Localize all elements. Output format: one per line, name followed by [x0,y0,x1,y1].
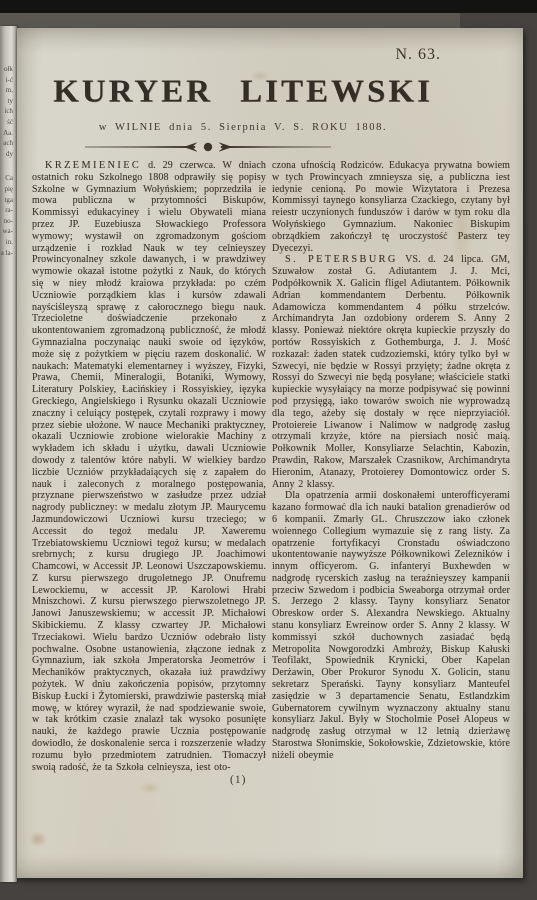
paper-stain [25,828,51,850]
paragraph-lead: S. PETERSBURG [285,254,398,265]
edge-text-fragment: tga [0,195,13,206]
edge-text-fragment: in. [0,237,13,248]
column-right: czona ufnością Rodziców. Edukacya prywat… [272,160,510,773]
edge-text-fragment: i-ć [0,75,13,86]
edge-text-fragment: ra- [0,205,13,216]
edge-text-fragment: Aa. [0,128,13,139]
paragraph-text: d. 29 czerwca. W dniach ostatnich roku S… [32,160,266,773]
paragraph-armia: Dla opatrzenia armii doskonałemi unterof… [272,490,510,761]
edge-text-fragment: dy [0,149,13,160]
paragraph-text: Dla opatrzenia armii doskonałemi unterof… [272,490,510,761]
article-columns: KRZEMIENIEC d. 29 czerwca. W dniach osta… [32,160,510,773]
paragraph-krzemieniec: KRZEMIENIEC d. 29 czerwca. W dniach osta… [32,160,266,773]
adjacent-page-edge: ołk i-ć m, ty ich ść Aa. ach dy Ca pię t… [0,26,17,882]
paper-stain [135,780,165,796]
masthead-dateline: w WILNIE dnia 5. Sierpnia V. S. ROKU 180… [23,122,463,133]
edge-text-fragment: ołk [0,64,13,75]
masthead-title: KURYER LITEWSKI [23,75,463,111]
edge-text-fragment: ich [0,106,13,117]
scanned-newspaper-scene: ołk i-ć m, ty ich ść Aa. ach dy Ca pię t… [0,0,537,900]
page-signature-mark: (1) [230,774,246,786]
edge-text-fragment: Ca [0,173,13,184]
issue-number: N. 63. [395,46,441,64]
edge-text-fragment: m, [0,85,13,96]
edge-text-fragment: ść [0,117,13,128]
column-left: KRZEMIENIEC d. 29 czerwca. W dniach osta… [32,160,266,773]
edge-text-fragment: a la- [0,248,13,259]
adjacent-page-text-fragments: ołk i-ć m, ty ich ść Aa. ach dy Ca pię t… [0,64,13,258]
paragraph-continuation: czona ufnością Rodziców. Edukacya prywat… [272,160,510,254]
paragraph-text: czona ufnością Rodziców. Edukacya prywat… [272,160,510,254]
newspaper-page: N. 63. KURYER LITEWSKI w WILNIE dnia 5. … [17,28,523,878]
paragraph-lead: KRZEMIENIEC [45,160,141,171]
edge-text-fragment: pię [0,184,13,195]
paragraph-petersburg: S. PETERSBURG VS. d. 24 lipca. GM, Szuwa… [272,254,510,490]
masthead-divider-icon [83,140,333,154]
scan-edge-band [0,0,537,13]
edge-text-fragment: ach [0,138,13,149]
edge-text-fragment: wa- [0,226,13,237]
edge-text-fragment: no- [0,216,13,227]
edge-text-fragment: ty [0,96,13,107]
paragraph-text: VS. d. 24 lipca. GM, Szuwałow został G. … [272,254,510,489]
